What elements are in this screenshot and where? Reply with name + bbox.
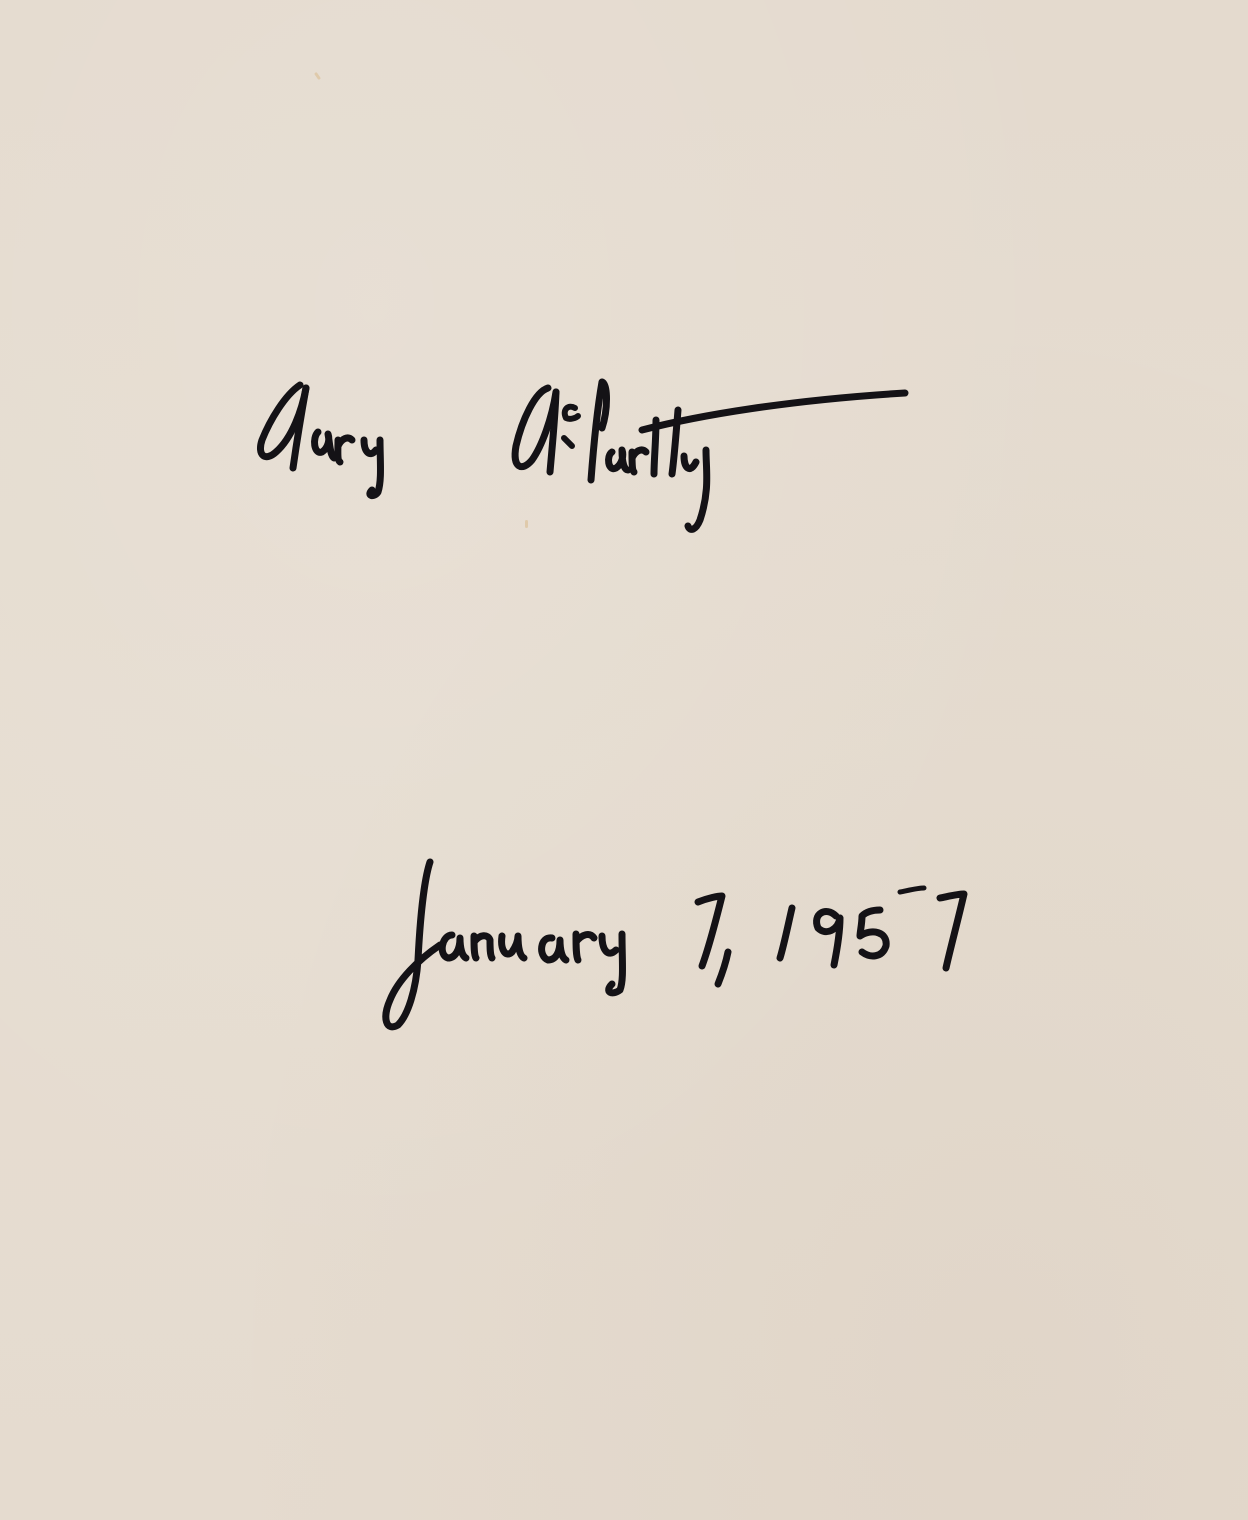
date-ink [0,0,1248,1520]
book-page: Mary McCarthy January 7, 1957 [0,0,1248,1520]
paper-fleck [314,72,321,80]
inscription-date: January 7, 1957 [375,865,1045,1035]
signature-ink [0,0,1248,1520]
signature: Mary McCarthy [255,385,915,545]
